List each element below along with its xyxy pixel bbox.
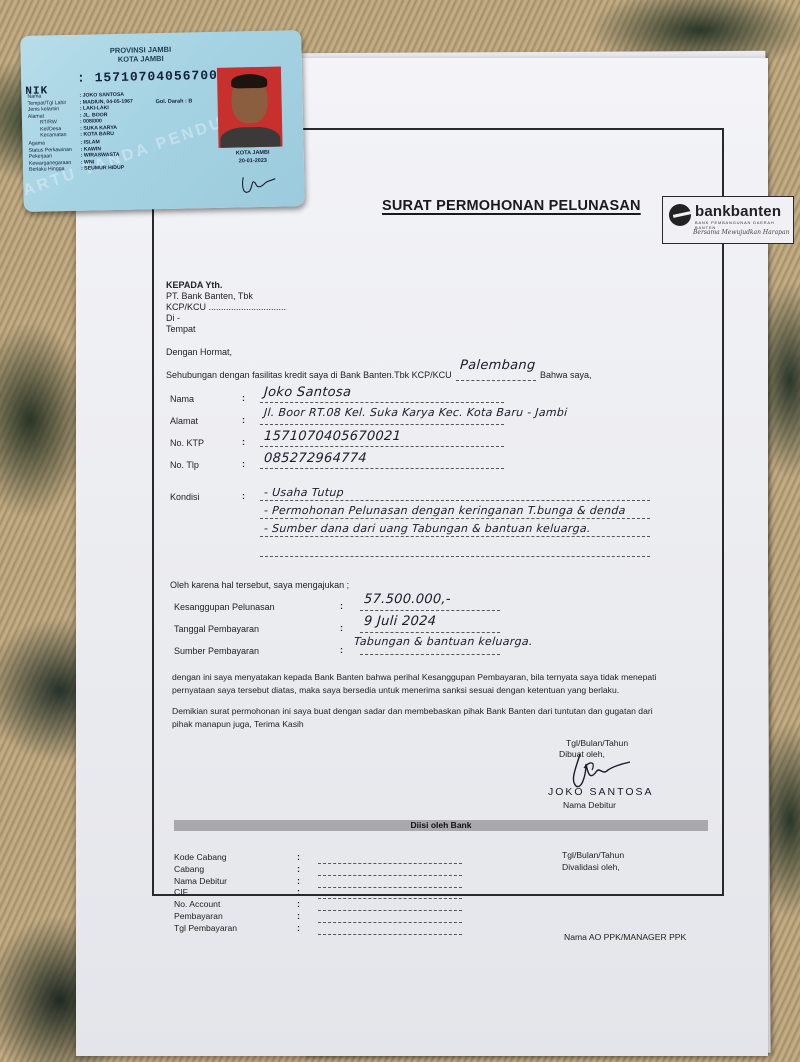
- colon: :: [297, 923, 300, 933]
- bank-field-input-line[interactable]: [318, 934, 462, 935]
- submission-date: 9 Juli 2024: [363, 614, 436, 629]
- field-label-nama: Nama: [170, 394, 194, 404]
- recipient-line: PT. Bank Banten, Tbk: [166, 291, 253, 301]
- bank-field-label: CIF: [174, 887, 188, 897]
- submission-label: Kesanggupan Pelunasan: [174, 602, 275, 612]
- bank-logo: bankbanten BANK PEMBANGUNAN DAERAH BANTE…: [662, 196, 794, 244]
- statement-text: dengan ini saya menyatakan kepada Bank B…: [172, 672, 656, 682]
- id-card-ktp: KARTU TANDA PENDUDUK PROVINSI JAMBI KOTA…: [20, 30, 305, 212]
- colon: :: [297, 864, 300, 874]
- kondisi-item: - Permohonan Pelunasan dengan keringanan…: [264, 504, 627, 517]
- bank-field-label: Nama Debitur: [174, 876, 227, 886]
- field-line: [260, 468, 504, 469]
- id-card-field-value: : SEUMUR HIDUP: [81, 165, 124, 172]
- bank-logo-tagline: Bersama Mewujudkan Harapan: [693, 229, 789, 236]
- branch-value: Palembang: [459, 358, 536, 373]
- validated-by-label: Divalidasi oleh,: [562, 862, 620, 872]
- id-card-photo: [217, 67, 283, 148]
- bank-field-label: No. Account: [174, 899, 220, 909]
- id-card-field-value: : WIRASWASTA: [81, 152, 120, 159]
- recipient-line: KCP/KCU ...............................: [166, 302, 286, 312]
- recipient-heading: KEPADA Yth.: [166, 280, 222, 290]
- submission-label: Sumber Pembayaran: [174, 646, 259, 656]
- bank-logo-name: bankbanten: [695, 203, 781, 220]
- id-card-field-value: : 008/000: [80, 118, 102, 124]
- field-value-tlp: 085272964774: [263, 451, 367, 466]
- field-label-tlp: No. Tlp: [170, 460, 199, 470]
- field-line: [360, 654, 500, 655]
- field-value-ktp: 1571070405670021: [263, 429, 401, 444]
- id-card-nik: : 1571070405670021: [77, 67, 236, 85]
- form-frame: bankbanten BANK PEMBANGUNAN DAERAH BANTE…: [152, 128, 724, 896]
- field-line: [260, 446, 504, 447]
- field-value-alamat: Jl. Boor RT.08 Kel. Suka Karya Kec. Kota…: [264, 406, 568, 419]
- debtor-role: Nama Debitur: [563, 800, 616, 810]
- closing-text: pihak manapun juga, Terima Kasih: [172, 719, 304, 729]
- bank-section-header: Diisi oleh Bank: [174, 820, 708, 831]
- id-card-field-value: : WNI: [81, 159, 94, 165]
- field-line: [360, 632, 500, 633]
- closing-text: Demikian surat permohonan ini saya buat …: [172, 706, 653, 716]
- id-card-field-value: : ISLAM: [80, 139, 99, 145]
- colon: :: [297, 899, 300, 909]
- bank-date-label: Tgl/Bulan/Tahun: [562, 850, 624, 860]
- bank-field-label: Cabang: [174, 864, 204, 874]
- id-card-field-value: : KOTA BARU: [80, 131, 114, 138]
- id-card-field-label: Berlaku Hingga: [29, 166, 81, 173]
- colon: :: [297, 876, 300, 886]
- date-label: Tgl/Bulan/Tahun: [566, 738, 628, 748]
- submission-source: Tabungan & bantuan keluarga.: [354, 635, 534, 648]
- officer-label: Nama AO PPK/MANAGER PPK: [564, 932, 686, 942]
- bank-field-input-line[interactable]: [318, 922, 462, 923]
- field-line: [260, 536, 650, 537]
- id-card-fields: Nama: JOKO SANTOSATempat/Tgl Lahir: MADI…: [20, 30, 301, 36]
- id-card-field: Kecamatan: KOTA BARU: [28, 131, 114, 139]
- debtor-name: JOKO SANTOSA: [548, 786, 654, 798]
- submission-amount: 57.500.000,-: [363, 592, 451, 607]
- field-label-kondisi: Kondisi: [170, 492, 200, 502]
- field-line: [260, 500, 650, 501]
- intro-text-end: Bahwa saya,: [540, 370, 592, 380]
- field-line: [260, 518, 650, 519]
- bank-field-input-line[interactable]: [318, 863, 462, 864]
- field-value-nama: Joko Santosa: [263, 385, 351, 400]
- id-card-blood-type: Gol. Darah : B: [156, 98, 193, 105]
- submission-label: Tanggal Pembayaran: [174, 624, 259, 634]
- intro-text: Sehubungan dengan fasilitas kredit saya …: [166, 370, 452, 380]
- id-card-field-label: Kecamatan: [28, 132, 80, 139]
- bank-field-input-line[interactable]: [318, 887, 462, 888]
- field-line: [260, 556, 650, 557]
- id-card-field-value: : KAWIN: [81, 146, 102, 152]
- kondisi-item: - Sumber dana dari uang Tabungan & bantu…: [264, 522, 592, 535]
- bank-field-input-line[interactable]: [318, 910, 462, 911]
- branch-field-line: [456, 380, 536, 381]
- bank-field-label: Kode Cabang: [174, 852, 227, 862]
- recipient-line: Tempat: [166, 324, 196, 334]
- field-label-alamat: Alamat: [170, 416, 198, 426]
- field-label-ktp: No. KTP: [170, 438, 204, 448]
- bank-field-label: Tgl Pembayaran: [174, 923, 237, 933]
- recipient-line: Di -: [166, 313, 180, 323]
- bank-field-label: Pembayaran: [174, 911, 223, 921]
- id-card-issue: KOTA JAMBI 20-01-2023: [221, 148, 285, 165]
- statement-text: pernyataan saya tersebut diatas, maka sa…: [172, 685, 619, 695]
- field-line: [260, 402, 504, 403]
- id-card-issue-date: 20-01-2023: [221, 156, 285, 165]
- id-card-signature: [237, 173, 278, 200]
- document-title: SURAT PERMOHONAN PELUNASAN: [382, 198, 641, 214]
- field-line: [360, 610, 500, 611]
- submission-intro: Oleh karena hal tersebut, saya mengajuka…: [170, 580, 349, 590]
- field-line: [260, 424, 504, 425]
- colon: :: [297, 887, 300, 897]
- id-card-field-value: : JL. BOOR: [80, 112, 108, 119]
- colon: :: [297, 911, 300, 921]
- greeting: Dengan Hormat,: [166, 347, 232, 357]
- colon: :: [297, 852, 300, 862]
- kondisi-item: - Usaha Tutup: [264, 486, 345, 499]
- bank-field-input-line[interactable]: [318, 898, 462, 899]
- bank-logo-icon: [669, 204, 691, 226]
- bank-field-input-line[interactable]: [318, 875, 462, 876]
- bank-section-title: Diisi oleh Bank: [174, 820, 708, 831]
